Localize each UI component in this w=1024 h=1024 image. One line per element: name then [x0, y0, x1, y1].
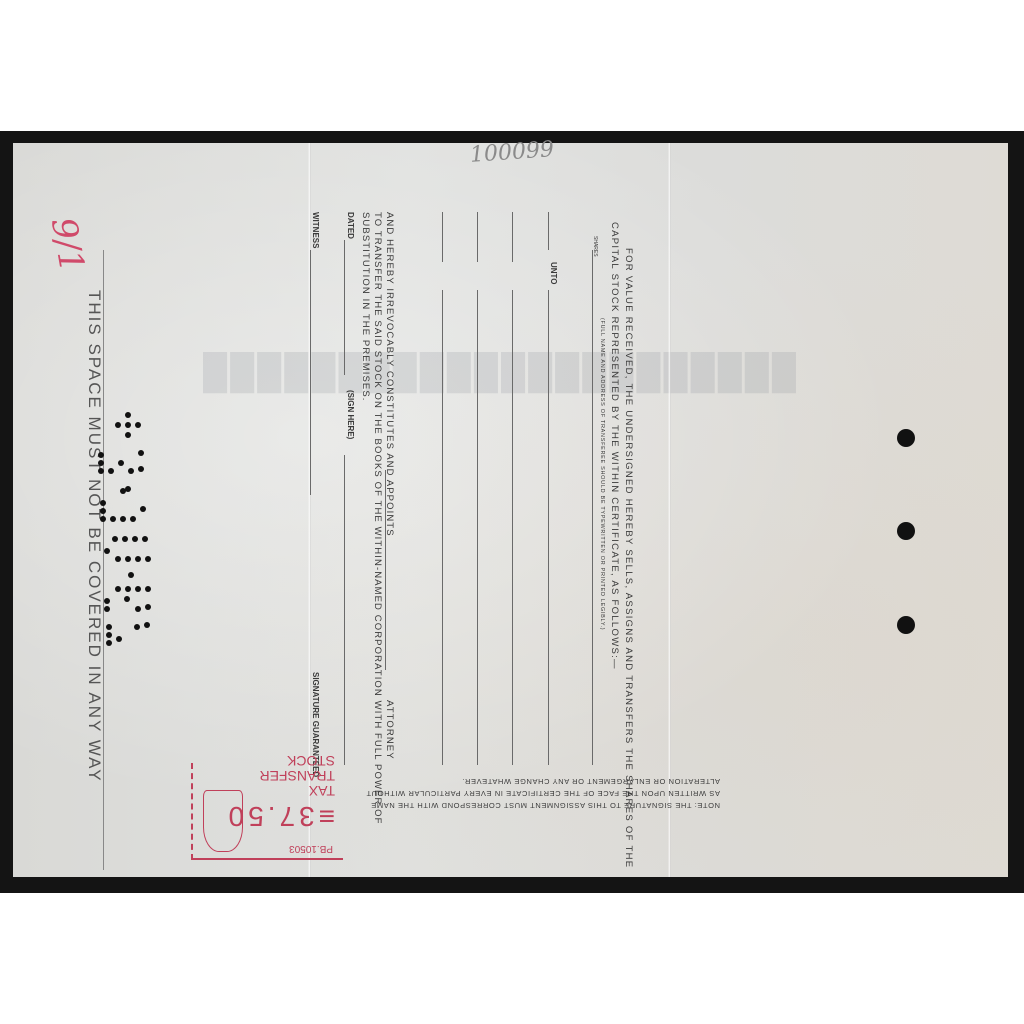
certificate-paper: ██████████████████████: [13, 143, 1008, 877]
perforation-dot: [135, 422, 141, 428]
assignment-line-2: CAPITAL STOCK REPRESENTED BY THE WITHIN …: [609, 222, 620, 670]
transferee-line-2b: [512, 290, 513, 765]
perforation-dot: [142, 536, 148, 542]
perforation-dot: [124, 596, 130, 602]
perforation-dot: [108, 468, 114, 474]
signature-line: [344, 455, 345, 765]
perforation-dot: [118, 460, 124, 466]
punch-hole-bottom: [897, 616, 915, 634]
transferee-instruction: (FULL NAME AND ADDRESS OF TRANSFEREE SHO…: [599, 318, 605, 630]
stamp-amount-value: 37.50: [225, 801, 315, 832]
perforation-dot: [100, 500, 106, 506]
margin-rule: [103, 250, 104, 870]
perforation-dot: [112, 536, 118, 542]
perforation-dot: [144, 622, 150, 628]
perforation-dot: [106, 632, 112, 638]
attorney-name-line: [385, 470, 386, 670]
perforation-dot: [140, 506, 146, 512]
perforation-dot: [138, 466, 144, 472]
transferee-line-2: [512, 212, 513, 262]
punch-hole-middle: [897, 522, 915, 540]
transferee-line-1: [548, 212, 549, 250]
perforation-dot: [110, 516, 116, 522]
perforation-dot: [120, 488, 126, 494]
perforation-dot: [125, 556, 131, 562]
attorney-line-2: TO TRANSFER THE SAID STOCK ON THE BOOKS …: [372, 212, 383, 825]
perforation-dot: [98, 460, 104, 466]
witness-line: [310, 250, 311, 495]
margin-warning: THIS SPACE MUST NOT BE COVERED IN ANY WA…: [84, 290, 104, 783]
stock-transfer-tax-stamp: PB.10503 ≡37.50 TAX TRANSFER STOCK: [193, 765, 343, 860]
perforation-dot: [125, 586, 131, 592]
transferee-line-4b: [442, 290, 443, 765]
perforation-dot: [145, 556, 151, 562]
attorney-label: ATTORNEY: [384, 700, 395, 760]
perforation-dot: [98, 452, 104, 458]
stamp-amount-prefix: ≡: [315, 801, 335, 832]
stamp-title: TAX TRANSFER STOCK: [260, 753, 335, 798]
perforation-dot: [104, 606, 110, 612]
perforation-dot: [116, 636, 122, 642]
attorney-line-3: SUBSTITUTION IN THE PREMISES.: [360, 212, 371, 402]
transferee-line-1b: [548, 290, 549, 765]
perforation-dot: [122, 536, 128, 542]
perforation-dot: [145, 586, 151, 592]
transferee-line-3: [477, 212, 478, 262]
perforation-dot: [120, 516, 126, 522]
perforation-dot: [125, 412, 131, 418]
perforation-dot: [134, 624, 140, 630]
perforation-dot: [106, 624, 112, 630]
stamp-title-line-2: TRANSFER: [260, 768, 335, 783]
perforation-dot: [125, 432, 131, 438]
transferee-line-3b: [477, 290, 478, 765]
dated-label: DATED: [346, 212, 355, 239]
perforation-dot: [130, 516, 136, 522]
bleed-through-title: ██████████████████████: [203, 353, 799, 392]
perforation-dot: [115, 422, 121, 428]
signature-note: NOTE: THE SIGNATURE TO THIS ASSIGNMENT M…: [360, 775, 720, 811]
paper-crease: [668, 143, 671, 877]
shares-line: [592, 250, 593, 765]
perforation-dot: [104, 548, 110, 554]
perforation-dot: [98, 468, 104, 474]
stamp-title-line-1: STOCK: [260, 753, 335, 768]
perforation-dot: [135, 556, 141, 562]
perforation-dot: [125, 422, 131, 428]
perforation-dot: [100, 516, 106, 522]
perforation-dot: [135, 606, 141, 612]
transferee-line-4: [442, 212, 443, 262]
perforation-dot: [100, 508, 106, 514]
perforation-dot: [104, 598, 110, 604]
sign-here-label: (SIGN HERE): [346, 390, 355, 439]
stamp-code: PB.10503: [289, 843, 333, 854]
perforation-dot: [132, 536, 138, 542]
perforation-dot: [128, 572, 134, 578]
stamp-title-line-3: TAX: [260, 783, 335, 798]
punch-hole-top: [897, 429, 915, 447]
stamp-amount: ≡37.50: [225, 800, 335, 832]
perforation-dot: [115, 586, 121, 592]
perforation-dot: [106, 640, 112, 646]
unto-label: UNTO: [549, 262, 558, 285]
perforation-dot: [138, 450, 144, 456]
perforation-dot: [135, 586, 141, 592]
witness-label: WITNESS: [311, 212, 320, 248]
perforation-dot: [115, 556, 121, 562]
dated-line: [344, 240, 345, 375]
perforation-dot: [128, 468, 134, 474]
perforation-dot: [145, 604, 151, 610]
